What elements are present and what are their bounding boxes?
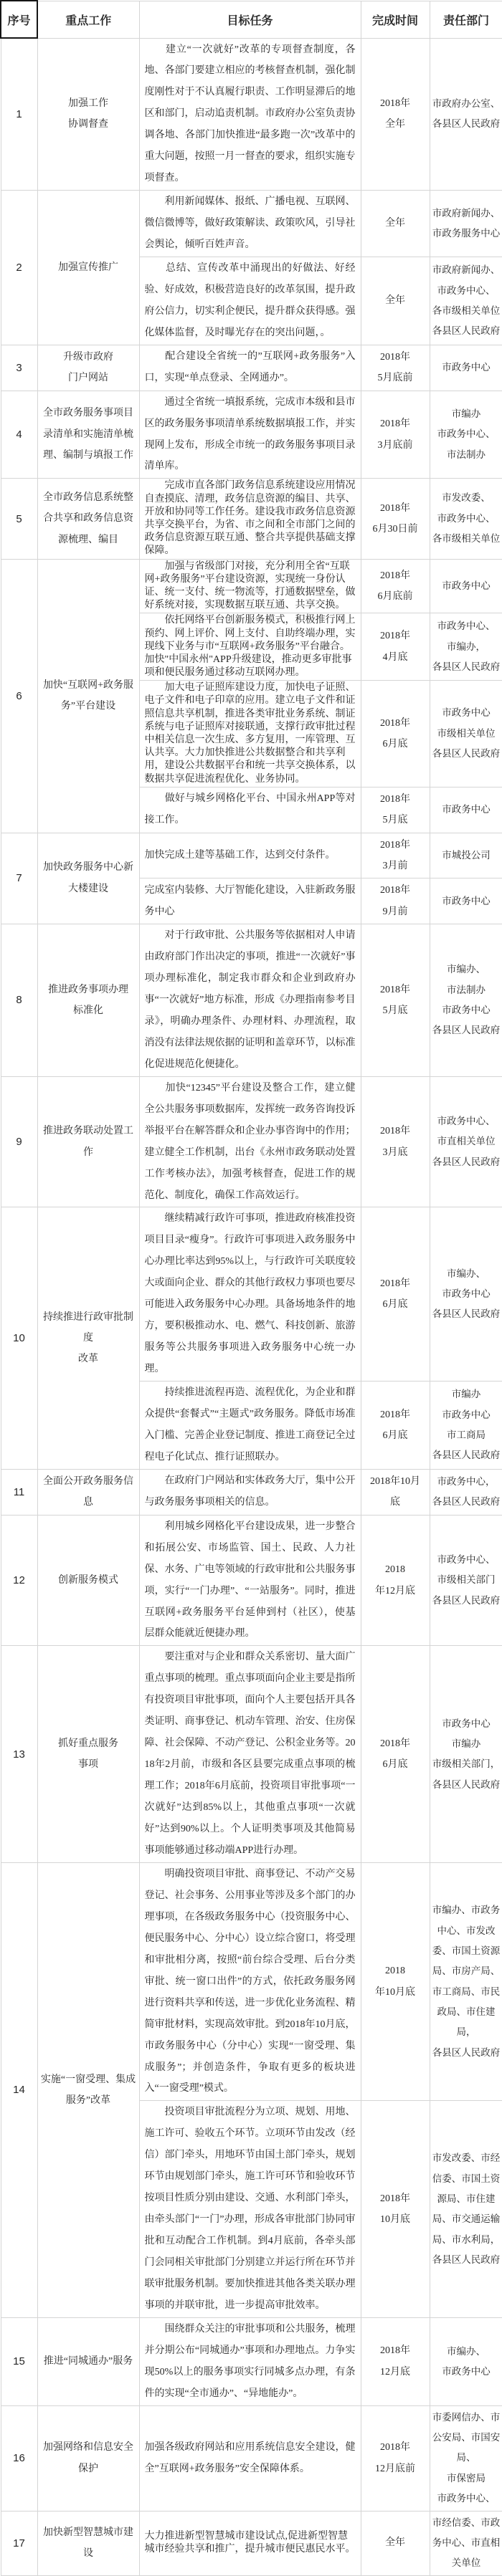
department: 市政务中心 xyxy=(430,559,502,613)
row-number: 3 xyxy=(1,345,37,391)
table-row: 1 加强工作 协调督查 建立“一次就好”改革的专项督查制度，各地、各部门要建立相… xyxy=(1,38,502,191)
task-text: 利用城乡网格化平台建设成果，进一步整合和拓展公安、市场监管、国土、民政、人力社保… xyxy=(139,1515,361,1646)
table-row: 11 全面公开政务服务信息 在政府门户网站和实体政务大厅，集中公开与政务服务事项… xyxy=(1,1469,502,1515)
work-title: 持续推进行政审批制度 改革 xyxy=(37,1207,139,1469)
task-text: 要注重对与企业和群众关系密切、量大面广重点事项的梳理。重点事项面向企业主要是指所… xyxy=(139,1646,361,1863)
row-number: 2 xyxy=(1,191,37,345)
department: 市发改委、市经信委、市国土资源局、市住建局、市交通运输局、市水利局，各县区人民政… xyxy=(430,2101,502,2318)
deadline: 2018年 6月底 xyxy=(361,1646,430,1863)
task-text: 完成室内装修、大厅智能化建设，入驻新政务服务中心 xyxy=(139,878,361,924)
row-number: 4 xyxy=(1,391,37,479)
table-row: 14 实施“一窗受理、集成服务”改革 明确投资项目审批、商事登记、不动产交易登记… xyxy=(1,1862,502,2100)
task-text: 围绕群众关注的审批事项和公共服务，梳理并分期公布“同城通办”事项和办理地点。力争… xyxy=(139,2317,361,2405)
department: 市政府新闻办、市政务服务中心 xyxy=(430,191,502,257)
deadline: 2018年 12月底 xyxy=(361,2317,430,2405)
table-row: 17 加快新型智慧城市建设 大力推进新型智慧城市建设试点,促进新型智慧城市经验共… xyxy=(1,2511,502,2575)
department: 市政务中心 市编办 市级相关部门，各县区人民政府 xyxy=(430,1646,502,1863)
task-text: 加强各级政府网站和应用系统信息安全建设，健全”互联网+政务服务”安全保障体系。 xyxy=(139,2405,361,2511)
department: 市政务中心， 各县区人民政府 xyxy=(430,1469,502,1515)
work-title: 加快新型智慧城市建设 xyxy=(37,2511,139,2575)
row-number: 6 xyxy=(1,559,37,833)
row-number: 13 xyxy=(1,1646,37,1863)
table-row: 3 升级市政府 门户网站 配合建设全省统一的”互联网+政务服务”入口，实现“单点… xyxy=(1,345,502,391)
row-number: 10 xyxy=(1,1207,37,1469)
header-task: 目标任务 xyxy=(139,1,361,38)
department: 市发改委、 市政务中心、 各市级相关单位 xyxy=(430,479,502,559)
department: 市政府办公室、 各县区人民政府 xyxy=(430,38,502,191)
header-index: 序号 xyxy=(1,1,37,38)
row-number: 12 xyxy=(1,1515,37,1646)
task-text: 对于行政审批、公共服务等依据相对人申请由政府部门作出决定的事项，推进“一次就好”… xyxy=(139,924,361,1077)
task-text: 明确投资项目审批、商事登记、不动产交易登记、社会事务、公用事业等涉及多个部门的办… xyxy=(139,1862,361,2100)
work-title: 全市政务信息系统整合共享和政务信息资源梳理、编目 xyxy=(37,479,139,559)
task-text: 加快“12345”平台建设及整合工作，建立健全公共服务事项数据库，发挥统一政务咨… xyxy=(139,1076,361,1207)
row-number: 5 xyxy=(1,479,37,559)
department: 市编办 市政务中心 市工商局 各县区人民政府 xyxy=(430,1382,502,1470)
task-text: 做好与城乡网格化平台、中国永州APP等对接工作。 xyxy=(139,787,361,833)
deadline: 2018年 10月底 xyxy=(361,2101,430,2318)
table-row: 5 全市政务信息系统整合共享和政务信息资源梳理、编目 完成市直各部门政务信息系统… xyxy=(1,479,502,559)
header-row: 序号 重点工作 目标任务 完成时间 责任部门 xyxy=(1,1,502,38)
deadline: 2018年 6月底 xyxy=(361,681,430,787)
deadline: 2018年 5月底 xyxy=(361,787,430,833)
work-title: 加强网络和信息安全 保护 xyxy=(37,2405,139,2511)
deadline: 2018年 3月底 xyxy=(361,1076,430,1207)
task-text: 利用新闻媒体、报纸、广播电视、互联网、微信微博等，做好政策解读、政策吹风，引导社… xyxy=(139,191,361,257)
header-work: 重点工作 xyxy=(37,1,139,38)
department: 市政务中心 市级相关单位 各县区人民政府 xyxy=(430,681,502,787)
deadline: 2018年 6月30日前 xyxy=(361,479,430,559)
work-title: 推进“同城通办”服务 xyxy=(37,2317,139,2405)
task-text: 在政府门户网站和实体政务大厅，集中公开与政务服务事项相关的信息。 xyxy=(139,1469,361,1515)
table-row: 10 持续推进行政审批制度 改革 继续精减行政许可事项，推进政府核准投资项目目录… xyxy=(1,1207,502,1382)
task-text: 投资项目审批流程分为立项、规划、用地、施工许可、验收五个环节。立项环节由发改（经… xyxy=(139,2101,361,2318)
row-number: 1 xyxy=(1,38,37,191)
row-number: 16 xyxy=(1,2405,37,2511)
department: 市编办、 市法制办 市政务中心 各县区人民政府 xyxy=(430,924,502,1077)
work-title: 加强宣传推广 xyxy=(37,191,139,345)
department: 市政务中心、 市直相关单位 各县区人民政府 xyxy=(430,1076,502,1207)
deadline: 2018年 5月底 xyxy=(361,924,430,1077)
table-row: 15 推进“同城通办”服务 围绕群众关注的审批事项和公共服务，梳理并分期公布“同… xyxy=(1,2317,502,2405)
work-title: 升级市政府 门户网站 xyxy=(37,345,139,391)
table-row: 16 加强网络和信息安全 保护 加强各级政府网站和应用系统信息安全建设，健全”互… xyxy=(1,2405,502,2511)
table-row: 12 创新服务模式 利用城乡网格化平台建设成果，进一步整合和拓展公安、市场监管、… xyxy=(1,1515,502,1646)
deadline: 2018年 5月底前 xyxy=(361,345,430,391)
deadline: 2018年 6月底 xyxy=(361,1382,430,1470)
department: 市政务中心、 市编办， 各县区人民政府 xyxy=(430,613,502,681)
deadline: 2018 年10月底 xyxy=(361,1862,430,2100)
table-row: 13 抓好重点服务 事项 要注重对与企业和群众关系密切、量大面广重点事项的梳理。… xyxy=(1,1646,502,1863)
row-number: 15 xyxy=(1,2317,37,2405)
department: 市政务中心、 市级相关部门 各县区人民政府 xyxy=(430,1515,502,1646)
task-text: 大力推进新型智慧城市建设试点,促进新型智慧城市经验共享和推广，提升城市便民惠民水… xyxy=(139,2511,361,2575)
department: 市委网信办、市公安局、市国安局、 市保密局 市政务中心、 xyxy=(430,2405,502,2511)
deadline: 2018年 12月底前 xyxy=(361,2405,430,2511)
task-text: 完成市直各部门政务信息系统建设应用情况自查摸底、清理，政务信息资源的编目、共享、… xyxy=(139,479,361,559)
deadline: 2018 年12月底 xyxy=(361,1515,430,1646)
table-row: 6 加快“互联网+政务服务”平台建设 加强与省级部门对接，充分利用全省“互联网+… xyxy=(1,559,502,613)
deadline: 全年 xyxy=(361,2511,430,2575)
deadline: 全年 xyxy=(361,191,430,257)
work-title: 推进政务联动处置工作 xyxy=(37,1076,139,1207)
work-title: 实施“一窗受理、集成服务”改革 xyxy=(37,1862,139,2317)
row-number: 14 xyxy=(1,1862,37,2317)
deadline: 2018年 3月前 xyxy=(361,833,430,878)
table-row: 7 加快政务服务中心新大楼建设 加快完成土建等基础工作，达到交付条件。 2018… xyxy=(1,833,502,878)
row-number: 11 xyxy=(1,1469,37,1515)
table-row: 2 加强宣传推广 利用新闻媒体、报纸、广播电视、互联网、微信微博等，做好政策解读… xyxy=(1,191,502,257)
row-number: 17 xyxy=(1,2511,37,2575)
work-title: 推进政务事项办理 标准化 xyxy=(37,924,139,1077)
task-text: 加大电子证照库建设力度，加快电子证照、电子文件和电子印章的应用。建立电子文件和证… xyxy=(139,681,361,787)
row-number: 9 xyxy=(1,1076,37,1207)
department: 市编办、 市政务中心 各县区人民政府 xyxy=(430,1207,502,1382)
deadline: 2018年 4月底 xyxy=(361,613,430,681)
header-dept: 责任部门 xyxy=(430,1,502,38)
work-title: 加快政务服务中心新大楼建设 xyxy=(37,833,139,924)
work-title: 抓好重点服务 事项 xyxy=(37,1646,139,1863)
work-title: 加强工作 协调督查 xyxy=(37,38,139,191)
department: 市编办 市政务中心、 市法制办 xyxy=(430,391,502,479)
table-row: 9 推进政务联动处置工作 加快“12345”平台建设及整合工作，建立健全公共服务… xyxy=(1,1076,502,1207)
department: 市政务中心 xyxy=(430,345,502,391)
task-text: 通过全省统一填报系统，完成市本级和县市区的政务服务事项清单系统数据填报工作，并实… xyxy=(139,391,361,479)
work-title: 全市政务服务事项目录清单和实施清单梳理、编制与填报工作 xyxy=(37,391,139,479)
row-number: 8 xyxy=(1,924,37,1077)
department: 市经信委、市政务中心、市直相关单位 xyxy=(430,2511,502,2575)
work-title: 加快“互联网+政务服务”平台建设 xyxy=(37,559,139,833)
task-text: 依托网络平台创新服务模式，积极推行网上预约、网上评价、网上支付、自助终端办理，实… xyxy=(139,613,361,681)
task-text: 配合建设全省统一的”互联网+政务服务”入口，实现“单点登录、全网通办”。 xyxy=(139,345,361,391)
table-row: 4 全市政务服务事项目录清单和实施清单梳理、编制与填报工作 通过全省统一填报系统… xyxy=(1,391,502,479)
deadline: 2018年 6月底 xyxy=(361,1207,430,1382)
deadline: 2018年 9月前 xyxy=(361,878,430,924)
task-text: 继续精减行政许可事项，推进政府核准投资项目目录“瘦身”。行政许可事项进入政务服务… xyxy=(139,1207,361,1382)
department: 市编办、 市政务中心 xyxy=(430,2317,502,2405)
department: 市政府新闻办、 市政务中心、 各市级相关单位 各县区人民政府 xyxy=(430,257,502,345)
row-number: 7 xyxy=(1,833,37,924)
document-page: 序号 重点工作 目标任务 完成时间 责任部门 1 加强工作 协调督查 建立“一次… xyxy=(0,0,502,2576)
department: 市编办、市政务中心、市发改委、市国土资源局、市房产局、市工商局、市民政局、市住建… xyxy=(430,1862,502,2100)
department: 市政务中心 xyxy=(430,878,502,924)
deadline: 全年 xyxy=(361,257,430,345)
task-text: 持续推进流程再造、流程优化，为企业和群众提供“套餐式”“主题式”政务服务。降低市… xyxy=(139,1382,361,1470)
header-time: 完成时间 xyxy=(361,1,430,38)
department: 市城投公司 xyxy=(430,833,502,878)
department: 市政务中心 xyxy=(430,787,502,833)
task-text: 建立“一次就好”改革的专项督查制度，各地、各部门要建立相应的考核督查机制，强化制… xyxy=(139,38,361,191)
deadline: 2018年 6月底前 xyxy=(361,559,430,613)
deadline: 2018年 3月底前 xyxy=(361,391,430,479)
work-title: 创新服务模式 xyxy=(37,1515,139,1646)
deadline: 2018年 全年 xyxy=(361,38,430,191)
work-plan-table: 序号 重点工作 目标任务 完成时间 责任部门 1 加强工作 协调督查 建立“一次… xyxy=(0,0,502,2576)
task-text: 总结、宣传改革中涌现出的好做法、好经验、好成效，积极营造良好的改革氛围，提升政府… xyxy=(139,257,361,345)
task-text: 加快完成土建等基础工作，达到交付条件。 xyxy=(139,833,361,878)
deadline: 2018年10月 底 xyxy=(361,1469,430,1515)
task-text: 加强与省级部门对接，充分利用全省“互联网+政务服务”平台建设资源，实现统一身份认… xyxy=(139,559,361,613)
table-row: 8 推进政务事项办理 标准化 对于行政审批、公共服务等依据相对人申请由政府部门作… xyxy=(1,924,502,1077)
work-title: 全面公开政务服务信息 xyxy=(37,1469,139,1515)
